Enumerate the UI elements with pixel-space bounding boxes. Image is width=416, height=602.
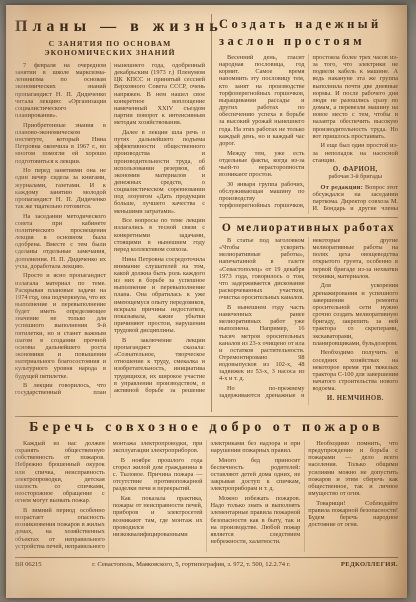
article-melio-title: О мелиоративных работах — [219, 217, 398, 237]
article-melio-body: В статье под заголовком «Чтобы ускорить … — [219, 237, 398, 405]
article-plans-title: Планы — в жизнь — [15, 14, 205, 39]
signature-name: И. НЕМЧИНОВ. — [313, 395, 399, 402]
paragraph: В ноябре прошлого года сгорел жилой дом … — [113, 457, 203, 493]
paragraph: Для ускорения дренажирования и успешного… — [313, 282, 399, 346]
signature-role: рабочая 3-й бригады — [313, 174, 399, 181]
print-address: г. Севастополь, Маяковского, 5, гортипог… — [92, 561, 290, 568]
paragraph: Товарищи! Соблюдайте правила пожарной бе… — [308, 500, 398, 529]
subtitle-line: С ЗАНЯТИЯ ПО ОСНОВАМ — [15, 39, 205, 48]
paragraph: Просто и ясно пропагандист излагала мате… — [15, 272, 106, 379]
paragraph: Много бед приносит беспечность родителей… — [211, 457, 301, 493]
article-zaslon: Создать надежный заслон простоям Весенни… — [219, 14, 398, 214]
subtitle-line: ЭКОНОМИЧЕСКИХ ЗНАНИЙ — [15, 48, 205, 57]
article-fire-title: Беречь совхозное добро от пожаров — [15, 417, 398, 440]
title-line: заслон простоям — [219, 33, 398, 50]
article-melio: О мелиоративных работах В статье под заг… — [219, 217, 398, 405]
article-plans-subtitle: С ЗАНЯТИЯ ПО ОСНОВАМ ЭКОНОМИЧЕСКИХ ЗНАНИ… — [15, 39, 205, 57]
paragraph: Необходимо помнить, что предупреждение и… — [308, 440, 398, 497]
imprint-line: ВЯ 06215 г. Севастополь, Маяковского, 5,… — [15, 557, 398, 568]
paragraph: В статье под заголовком «Чтобы ускорить … — [219, 237, 305, 301]
paragraph: Каждый из нас должен охранять общественн… — [15, 440, 105, 504]
newspaper-page: Планы — в жизнь С ЗАНЯТИЯ ПО ОСНОВАМ ЭКО… — [6, 5, 407, 598]
article-fire-body: Каждый из нас должен охранять общественн… — [15, 440, 398, 552]
article-plans: Планы — в жизнь С ЗАНЯТИЯ ПО ОСНОВАМ ЭКО… — [15, 14, 211, 412]
title-line: Создать надежный — [219, 16, 398, 33]
paragraph: Нина Петровна сосредоточила внимание слу… — [114, 256, 205, 335]
paragraph: Все вопросы по теме лекции излагались в … — [114, 217, 205, 253]
paragraph: И еще был один простой из-за неполадок н… — [313, 142, 399, 163]
top-section: Планы — в жизнь С ЗАНЯТИЯ ПО ОСНОВАМ ЭКО… — [15, 14, 398, 412]
paragraph: Между тем, уже есть отдельные факты, ког… — [219, 150, 305, 179]
paragraph: Можно избежать пожаров. Надо только знат… — [211, 495, 301, 545]
editorial-label: От редакции: — [321, 184, 364, 191]
paragraph: 7 февраля на очередном занятии в школе м… — [15, 62, 106, 119]
article-fire: Беречь совхозное добро от пожаров Каждый… — [15, 416, 398, 552]
paragraph: Приобретенные знания в планово-экономиче… — [15, 122, 106, 165]
article-zaslon-title: Создать надежный заслон простоям — [219, 14, 398, 54]
editorial-board-label: РЕДКОЛЛЕГИЯ. — [341, 561, 398, 568]
paragraph: Но перед занятиями она не один вечер сид… — [15, 167, 106, 210]
right-column-section: Создать надежный заслон простоям Весенни… — [211, 14, 398, 412]
article-plans-body: 7 февраля на очередном занятии в школе м… — [15, 62, 205, 398]
paragraph: Весенний день, гласит народная пословица… — [219, 54, 305, 147]
paragraph: Необходимо получить в соседних хозяйства… — [313, 349, 399, 392]
signature-name: О. ФАРИОН, — [313, 166, 399, 173]
paragraph: На заседании методического совета при ка… — [15, 213, 106, 270]
print-index: ВЯ 06215 — [15, 561, 42, 568]
paragraph: Далее в лекции шла речь о путях дальнейш… — [114, 129, 205, 215]
article-zaslon-body: Весенний день, гласит народная пословица… — [219, 54, 398, 214]
paragraph: В нынешнем году часть намеченных ранее м… — [219, 304, 305, 383]
